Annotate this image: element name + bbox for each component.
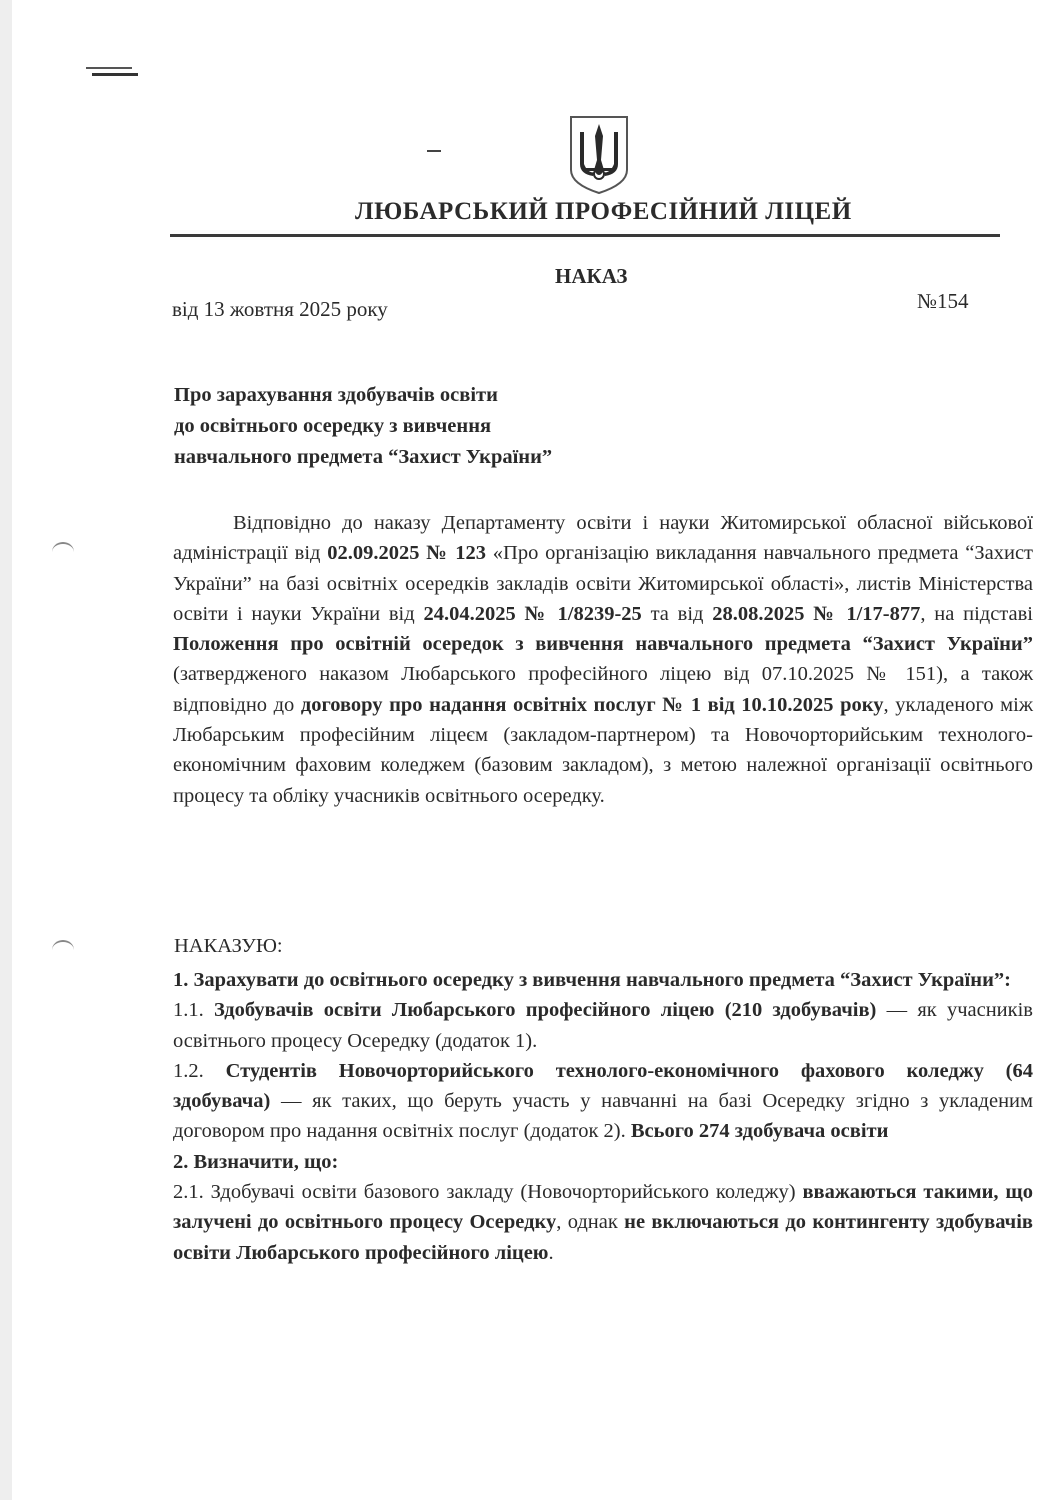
scan-mark: [427, 150, 441, 152]
order-date: від 13 жовтня 2025 року: [172, 297, 388, 322]
order-item-1: 1. Зарахувати до освітнього осередку з в…: [173, 965, 1033, 995]
scan-mark: [86, 67, 132, 69]
text: Здобувачів освіти Любарського професійно…: [214, 999, 876, 1021]
punch-hole: [52, 542, 74, 562]
scan-edge: [0, 0, 12, 1500]
item-number: 1.2.: [173, 1060, 226, 1082]
order-item-1-1: 1.1. Здобувачів освіти Любарського профе…: [173, 995, 1033, 1056]
order-item-2-1: 2.1. Здобувачі освіти базового закладу (…: [173, 1177, 1033, 1268]
order-items: 1. Зарахувати до освітнього осередку з в…: [173, 965, 1033, 1268]
subject-line: навчального предмета “Захист України”: [174, 442, 552, 473]
total: Всього 274 здобувача освіти: [631, 1120, 889, 1142]
text: та від: [642, 603, 712, 625]
order-subject: Про зарахування здобувачів освіти до осв…: [174, 380, 552, 473]
text: , на підставі: [920, 603, 1033, 625]
punch-hole: [52, 940, 74, 960]
text: , однак: [556, 1211, 624, 1233]
organization-name: ЛЮБАРСЬКИЙ ПРОФЕСІЙНИЙ ЛІЦЕЙ: [355, 198, 852, 226]
text: .: [548, 1242, 553, 1264]
preamble-paragraph: Відповідно до наказу Департаменту освіти…: [173, 508, 1033, 811]
reference: 02.09.2025 № 123: [327, 542, 486, 564]
reference: 28.08.2025 № 1/17-877: [712, 603, 920, 625]
order-heading: НАКАЗУЮ:: [174, 935, 283, 958]
subject-line: до освітнього осередку з вивчення: [174, 411, 552, 442]
order-item-2: 2. Визначити, що:: [173, 1147, 1033, 1177]
coat-of-arms-icon: [568, 114, 630, 196]
reference: 24.04.2025 № 1/8239-25: [423, 603, 641, 625]
header-divider: [170, 234, 1000, 237]
reference: договору про надання освітніх послуг № 1…: [301, 694, 884, 716]
text: — як таких, що беруть участь у навчанні …: [173, 1090, 1033, 1142]
order-item-1-2: 1.2. Студентів Новочорторийського технол…: [173, 1056, 1033, 1147]
document-title: НАКАЗ: [555, 264, 627, 289]
item-number: 1.1.: [173, 999, 214, 1021]
subject-line: Про зарахування здобувачів освіти: [174, 380, 552, 411]
reference: Положення про освітній осередок з вивчен…: [173, 633, 1033, 655]
order-number: №154: [917, 289, 969, 314]
text: 2.1. Здобувачі освіти базового закладу (…: [173, 1181, 802, 1203]
scan-mark: [92, 73, 138, 76]
